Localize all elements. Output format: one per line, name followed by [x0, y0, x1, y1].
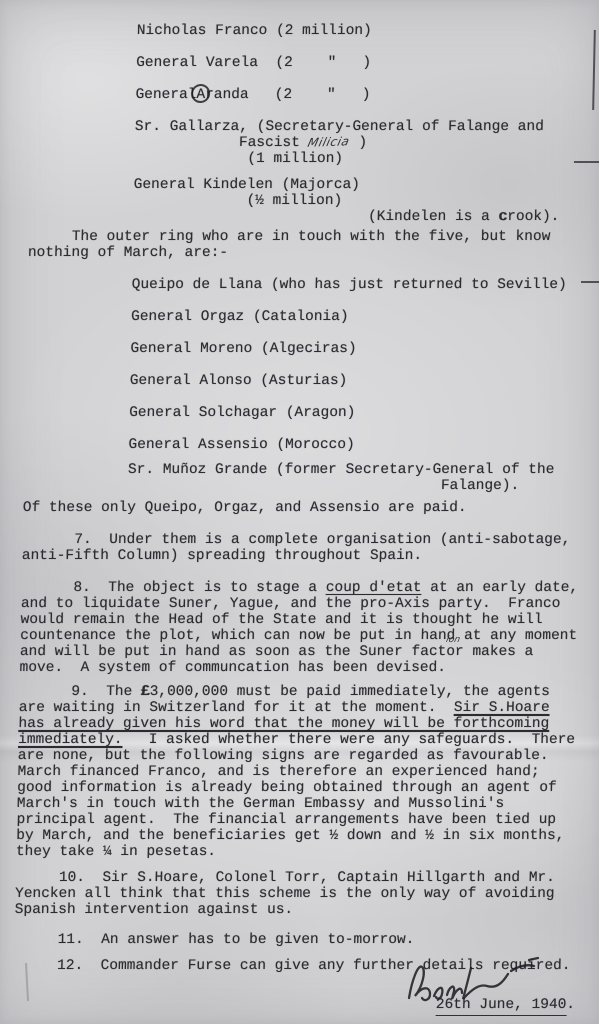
handwritten-word-milicia: Milicia [307, 134, 352, 149]
para9-line-5: are none, but the following signs are re… [18, 748, 584, 764]
list-item-alonso: General Alonso (Asturias) [25, 373, 591, 389]
para9-l1-pre: 9. The [19, 684, 141, 700]
para10-line-1: 10. Sir S.Hoare, Colonel Torr, Captain H… [15, 870, 581, 886]
intro-line-1: The outer ring who are in touch with the… [28, 229, 594, 245]
para7-line-1: 7. Under them is a complete organisation… [22, 532, 588, 548]
list-item-orgaz: General Orgaz (Catalonia) [26, 309, 592, 325]
crook-pre: (Kindelen is a [28, 209, 498, 225]
para8-l5-pre: and will be put in hand as soon as the S… [20, 644, 447, 660]
para9-line-10: by March, and the beneficiaries get ½ do… [16, 828, 582, 844]
right-margin-tick-2 [581, 281, 599, 283]
paragraph-10: 10. Sir S.Hoare, Colonel Torr, Captain H… [15, 870, 582, 918]
para9-line-11: they take ¼ in pesetas. [16, 844, 582, 860]
list-item-assensio: General Assensio (Morocco) [24, 437, 590, 453]
paid-note: Of these only Queipo, Orgaz, and Assensi… [23, 500, 589, 516]
factor-or: or [446, 644, 464, 660]
para9-line-1: 9. The £3,000,000 must be paid immediate… [19, 684, 585, 700]
underlined-immediately: immediately. [18, 732, 123, 748]
paragraph-7: 7. Under them is a complete organisation… [22, 532, 589, 564]
list-item-queipo: Queipo de Llana (who has just returned t… [27, 277, 593, 293]
para9-l2-pre: are waiting in Switzerland for it at the… [19, 700, 454, 716]
para9-line-7: good information is already being obtain… [17, 780, 583, 796]
handwritten-superscript-ion: ion [445, 635, 461, 645]
payment-line-aranda: GeneralAranda (2 " ) [31, 87, 597, 103]
para9-line-4: immediately. I asked whether there were … [18, 732, 584, 748]
payment-line-varela: General Varela (2 " ) [32, 55, 598, 71]
list-item-moreno: General Moreno (Algeciras) [26, 341, 592, 357]
paid-note-line: Of these only Queipo, Orgaz, and Assensi… [23, 500, 589, 516]
para10-line-3: Spanish intervention against us. [15, 902, 581, 918]
payment-line-kindelen-1: General Kindelen (Majorca) [29, 177, 595, 193]
date-period: . [566, 997, 575, 1013]
outer-ring-intro: The outer ring who are in touch with the… [28, 229, 595, 261]
outer-ring-list: Queipo de Llana (who has just returned t… [23, 277, 593, 494]
list-item-munoz-1: Sr. Muñoz Grande (former Secretary-Gener… [23, 462, 589, 478]
payment-line-gallarza-3: (1 million) [30, 151, 596, 167]
gallarza-2-close: ) [350, 135, 368, 151]
kindelen-crook-note: (Kindelen is a crook). [28, 209, 594, 225]
signature-scrawl [403, 954, 543, 1006]
payment-line-kindelen-2: (½ million) [29, 193, 595, 209]
para8-l1-post: at an early date, [421, 580, 578, 596]
document-page: Nicholas Franco (2 million) General Vare… [0, 0, 599, 1013]
list-item-solchagar: General Solchagar (Aragon) [25, 405, 591, 421]
gallarza-2-typed: Fascist [30, 135, 309, 151]
aranda-pre: General [31, 87, 197, 103]
payment-line-franco: Nicholas Franco (2 million) [32, 23, 598, 39]
para11-line: 11. An answer has to be given to-morrow. [14, 932, 580, 948]
overtyped-pound-sign: £ [141, 684, 150, 700]
overtyped-letter: c [498, 209, 507, 225]
paragraph-9: 9. The £3,000,000 must be paid immediate… [16, 684, 586, 860]
underlined-sir-hoare: Sir S.Hoare [454, 700, 550, 716]
paragraph-11: 11. An answer has to be given to-morrow. [14, 932, 580, 948]
para9-line-3: has already given his word that the mone… [18, 716, 584, 732]
payment-line-gallarza-2: Fascist Milicia ) [30, 135, 596, 151]
paragraph-8: 8. The object is to stage a coup d'etat … [19, 580, 587, 676]
para8-line-4: countenance the plot, which can now be p… [20, 628, 586, 644]
para9-l4-post: I asked whether there were any safeguard… [122, 732, 575, 748]
scanned-document: { "colors": { "paper": "#d2d2d4", "ink":… [0, 0, 599, 1024]
para8-line-6: move. A system of communcation has been … [19, 660, 585, 676]
payment-line-gallarza-1: Sr. Gallarza, (Secretary-General of Fala… [30, 119, 596, 135]
circled-letter-annotation: A [196, 87, 205, 103]
para7-line-2: anti-Fifth Column) spreading throughout … [22, 548, 588, 564]
para8-l1-pre: 8. The object is to stage a [21, 580, 326, 596]
intro-line-2: nothing of March, are:- [28, 245, 594, 261]
para8-line-3: would remain the Head of the State and i… [20, 612, 586, 628]
para9-line-6: March financed Franco, and is therefore … [17, 764, 583, 780]
list-item-munoz-2: Falange). [23, 478, 589, 494]
underlined-coup-detat: coup d'etat [326, 580, 422, 596]
para9-line-2: are waiting in Switzerland for it at the… [19, 700, 585, 716]
factor-correction: ionor [446, 644, 464, 660]
aranda-post: randa (2 " ) [205, 87, 371, 103]
para8-line-1: 8. The object is to stage a coup d'etat … [21, 580, 587, 596]
para8-line-2: and to liquidate Suner, Yague, and the p… [21, 596, 587, 612]
para8-line-5: and will be put in hand as soon as the S… [20, 644, 586, 660]
right-margin-tick-1 [574, 161, 599, 163]
para8-l5-post: makes a [464, 644, 534, 660]
underlined-money-promise: has already given his word that the mone… [18, 716, 549, 732]
para10-line-2: Yencken all think that this scheme is th… [15, 886, 581, 902]
para9-line-9: principal agent. The financial arrangeme… [16, 812, 582, 828]
para9-line-8: March's in touch with the German Embassy… [17, 796, 583, 812]
para9-l1-post: 3,000,000 must be paid immediately, the … [149, 684, 550, 700]
crook-post: rook). [507, 209, 560, 225]
payments-list: Nicholas Franco (2 million) General Vare… [28, 23, 598, 225]
